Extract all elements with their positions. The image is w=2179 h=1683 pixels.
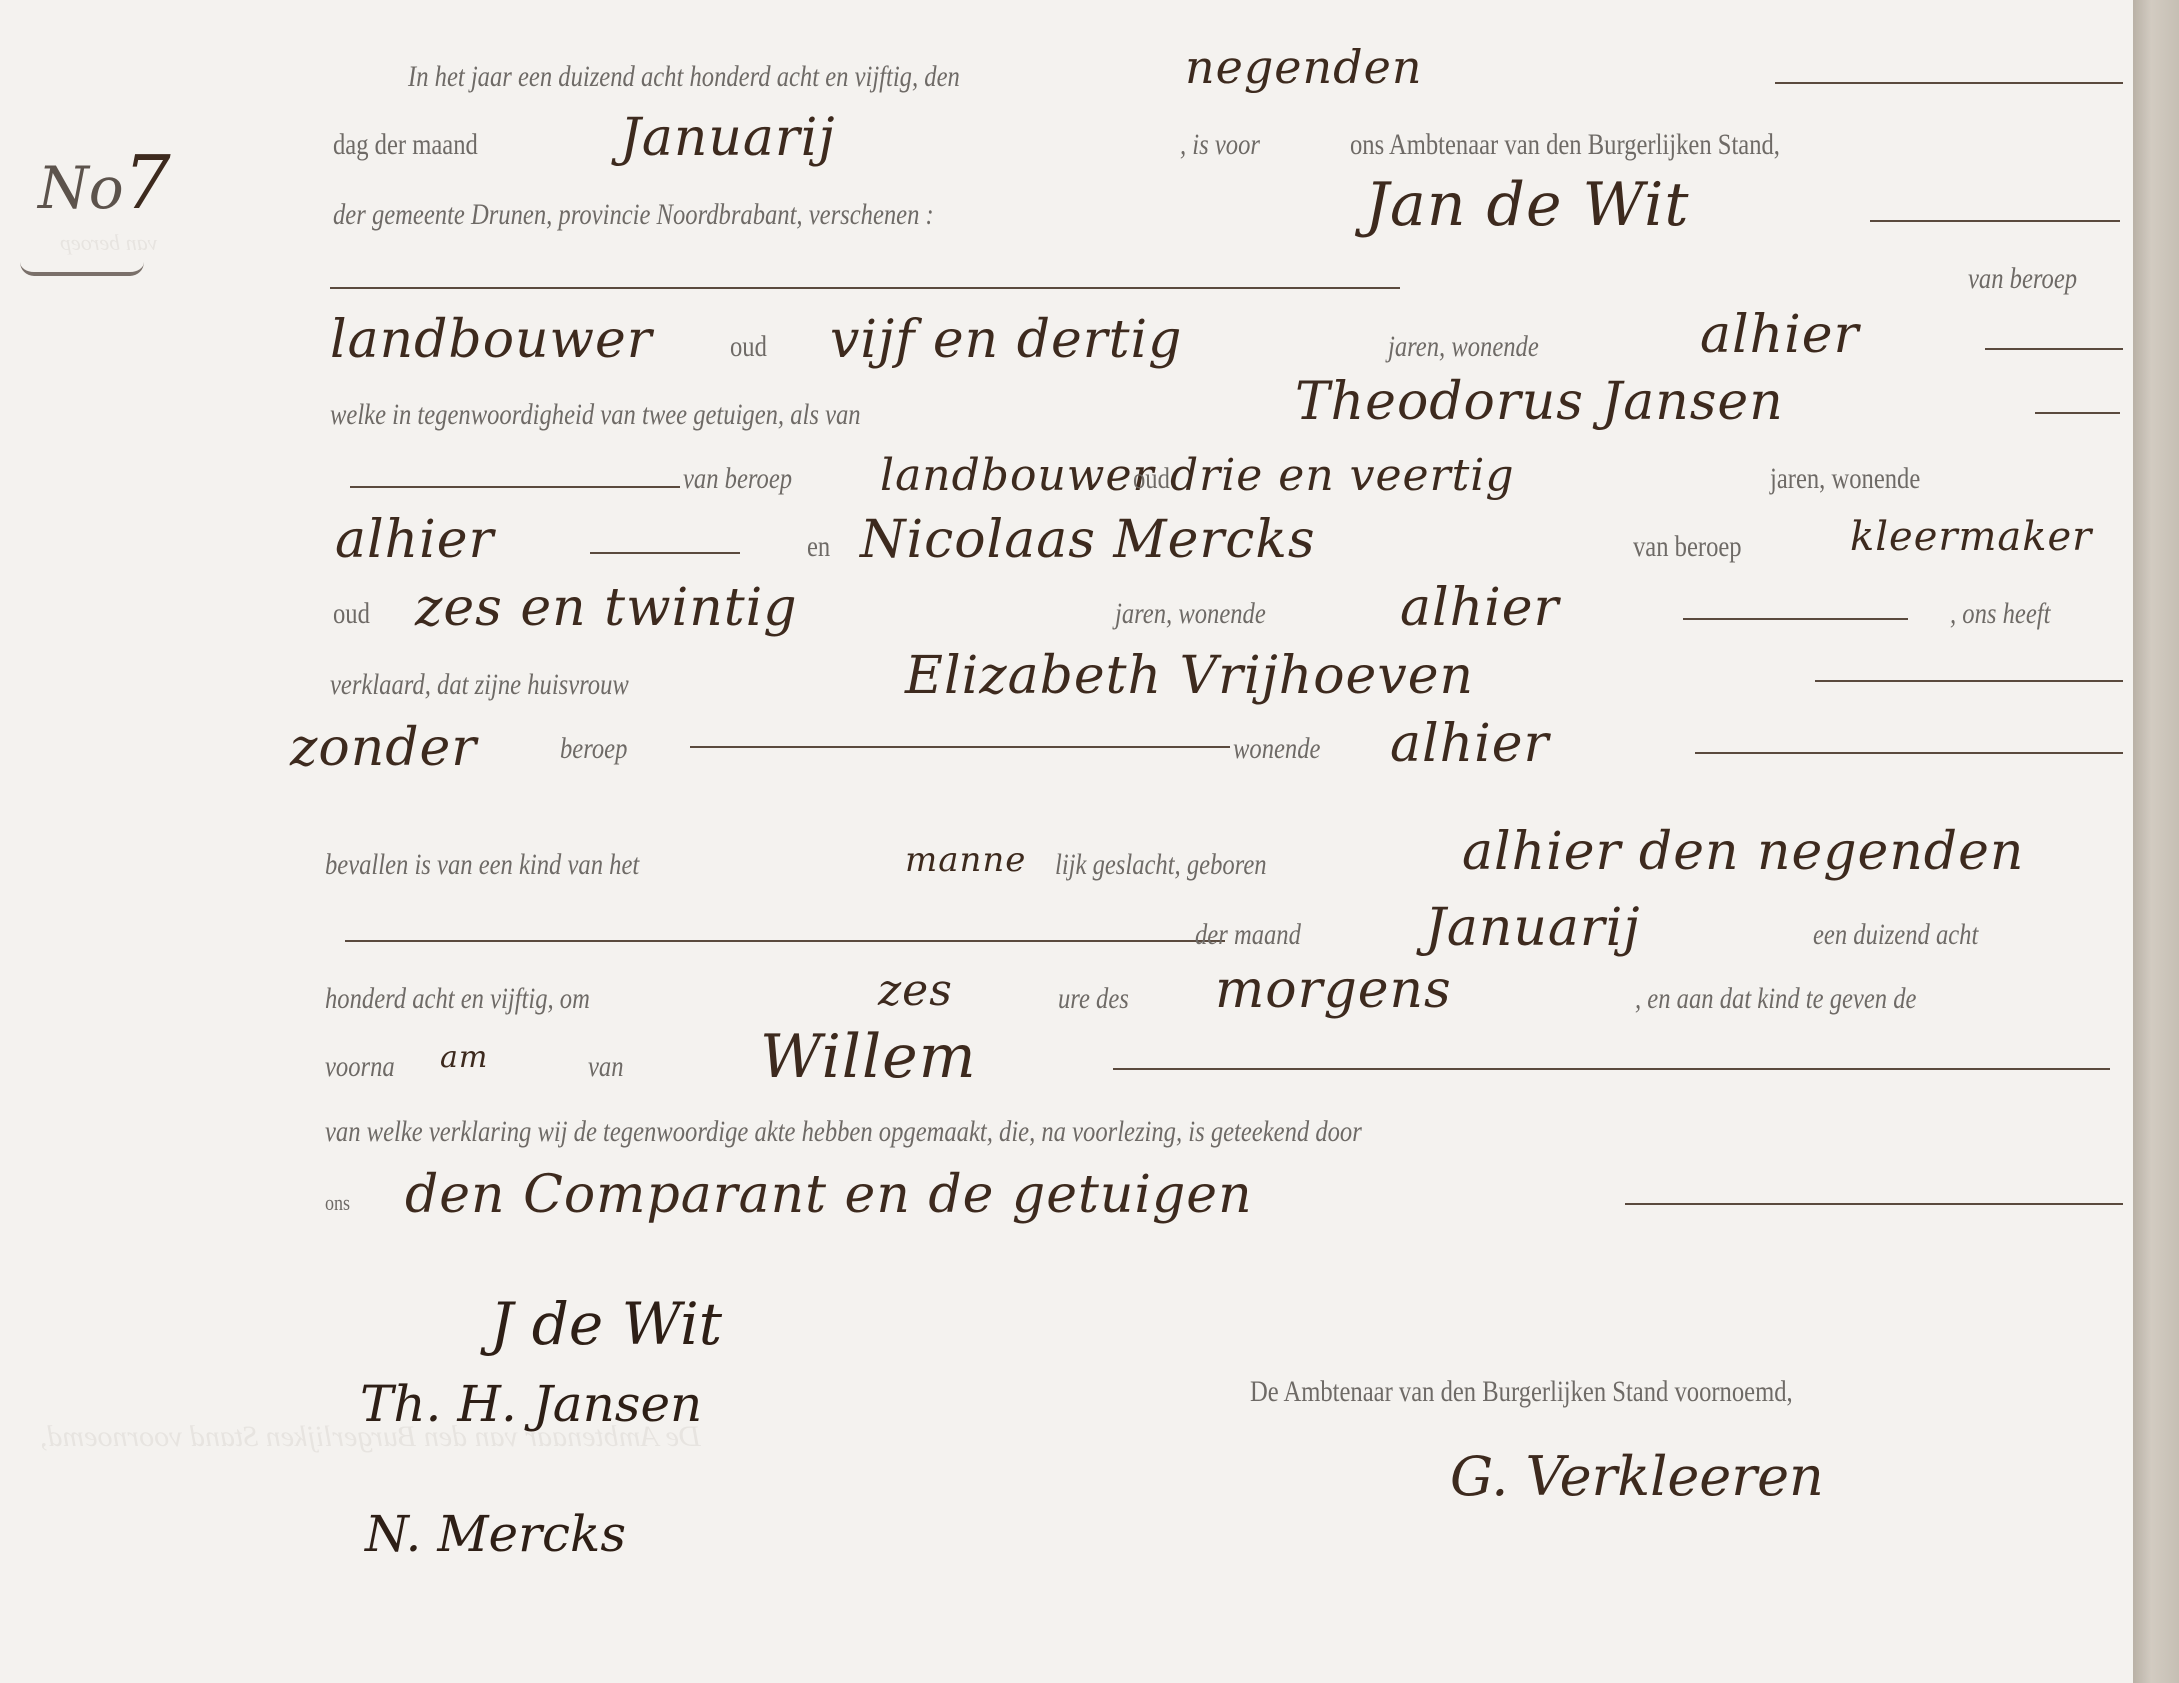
printed-text: verklaard, dat zijne huisvrouw bbox=[330, 668, 629, 702]
printed-text: ons bbox=[325, 1190, 350, 1216]
handwritten-father-residence: alhier bbox=[1700, 305, 1859, 365]
fill-line bbox=[1625, 1203, 2123, 1205]
record-number: No7 bbox=[38, 140, 171, 226]
handwritten-time-of-day: morgens bbox=[1215, 960, 1452, 1020]
fill-line bbox=[1695, 752, 2123, 754]
printed-text: een duizend acht bbox=[1813, 918, 1978, 952]
printed-text: , ons heeft bbox=[1950, 597, 2050, 631]
handwritten-witness1-age: drie en veertig bbox=[1170, 450, 1515, 501]
handwritten-birth-place-day: alhier den negenden bbox=[1462, 822, 2024, 882]
handwritten-child-name: Willem bbox=[760, 1022, 977, 1092]
handwritten-signed-by: den Comparant en de getuigen bbox=[405, 1165, 1253, 1225]
fill-line bbox=[1870, 220, 2120, 222]
handwritten-mother-name: Elizabeth Vrijhoeven bbox=[905, 646, 1474, 706]
printed-text: van bbox=[588, 1050, 624, 1084]
fill-line bbox=[590, 552, 740, 554]
signature-father: J de Wit bbox=[490, 1290, 722, 1358]
fill-line bbox=[1815, 680, 2123, 682]
printed-text: van welke verklaring wij de tegenwoordig… bbox=[325, 1115, 1362, 1149]
handwritten-birth-month: Januarij bbox=[1425, 898, 1640, 958]
handwritten-witness2-residence: alhier bbox=[1400, 578, 1559, 638]
fill-line bbox=[2035, 412, 2120, 414]
printed-text: wonende bbox=[1233, 732, 1320, 766]
fill-line bbox=[350, 486, 680, 488]
printed-text: voorna bbox=[325, 1050, 395, 1084]
printed-text: , en aan dat kind te geven de bbox=[1635, 982, 1916, 1016]
handwritten-day: negenden bbox=[1185, 40, 1422, 94]
printed-text: der gemeente Drunen, provincie Noordbrab… bbox=[333, 198, 934, 232]
printed-text: oud bbox=[333, 597, 370, 631]
register-page: van beroep De Ambtenaar van den Burgerli… bbox=[0, 0, 2133, 1683]
fill-line bbox=[1113, 1068, 2110, 1070]
fill-line bbox=[1683, 618, 1908, 620]
closing-text: De Ambtenaar van den Burgerlijken Stand … bbox=[1250, 1375, 1793, 1409]
handwritten-father-name: Jan de Wit bbox=[1365, 170, 1689, 240]
handwritten-name-suffix: am bbox=[440, 1040, 488, 1075]
printed-text: lijk geslacht, geboren bbox=[1055, 848, 1267, 882]
signature-witness1: Th. H. Jansen bbox=[360, 1375, 702, 1433]
printed-text: der maand bbox=[1195, 918, 1301, 952]
handwritten-father-occupation: landbouwer bbox=[330, 310, 653, 370]
book-gutter bbox=[2133, 0, 2179, 1683]
fill-line bbox=[690, 746, 1230, 748]
printed-text: In het jaar een duizend acht honderd ach… bbox=[408, 60, 960, 94]
printed-text: dag der maand bbox=[333, 128, 478, 162]
printed-text: ons Ambtenaar van den Burgerlijken Stand… bbox=[1350, 128, 1780, 162]
fill-line bbox=[345, 940, 1225, 942]
printed-text: van beroep bbox=[1968, 262, 2077, 296]
handwritten-mother-occupation: zonder bbox=[290, 718, 477, 778]
printed-text: van beroep bbox=[683, 462, 792, 496]
printed-text: van beroep bbox=[1633, 530, 1742, 564]
handwritten-witness2-age: zes en twintig bbox=[415, 578, 798, 638]
printed-text: jaren, wonende bbox=[1388, 330, 1539, 364]
handwritten-witness1-occupation: landbouwer bbox=[880, 450, 1155, 501]
handwritten-witness2-occupation: kleermaker bbox=[1850, 514, 2092, 560]
signature-witness2: N. Mercks bbox=[365, 1505, 626, 1563]
printed-text: bevallen is van een kind van het bbox=[325, 848, 639, 882]
brace-decoration bbox=[20, 262, 144, 276]
printed-text: jaren, wonende bbox=[1770, 462, 1920, 496]
handwritten-sex: mannе bbox=[905, 840, 1026, 880]
printed-text: en bbox=[807, 530, 830, 564]
printed-text: welke in tegenwoordigheid van twee getui… bbox=[330, 398, 861, 432]
handwritten-witness2-name: Nicolaas Mercks bbox=[860, 510, 1316, 570]
handwritten-hour: zes bbox=[878, 965, 953, 1016]
handwritten-witness1-residence: alhier bbox=[335, 510, 494, 570]
signature-official: G. Verkleeren bbox=[1450, 1445, 1824, 1508]
printed-text: oud bbox=[1133, 462, 1170, 496]
handwritten-month: Januarij bbox=[620, 108, 835, 168]
printed-text: , is voor bbox=[1180, 128, 1260, 162]
printed-text: honderd acht en vijftig, om bbox=[325, 982, 590, 1016]
bleed-through-text: van beroep bbox=[60, 230, 158, 256]
printed-text: ure des bbox=[1058, 982, 1129, 1016]
fill-line bbox=[1985, 348, 2123, 350]
handwritten-witness1-name: Theodorus Jansen bbox=[1295, 372, 1784, 432]
printed-text: jaren, wonende bbox=[1115, 597, 1266, 631]
handwritten-mother-residence: alhier bbox=[1390, 714, 1549, 774]
number-value: 7 bbox=[124, 140, 171, 226]
fill-line bbox=[330, 287, 1400, 289]
printed-text: oud bbox=[730, 330, 767, 364]
handwritten-father-age: vijf en dertig bbox=[830, 310, 1182, 370]
printed-text: beroep bbox=[560, 732, 627, 766]
fill-line bbox=[1775, 82, 2123, 84]
number-label: No bbox=[38, 154, 124, 222]
